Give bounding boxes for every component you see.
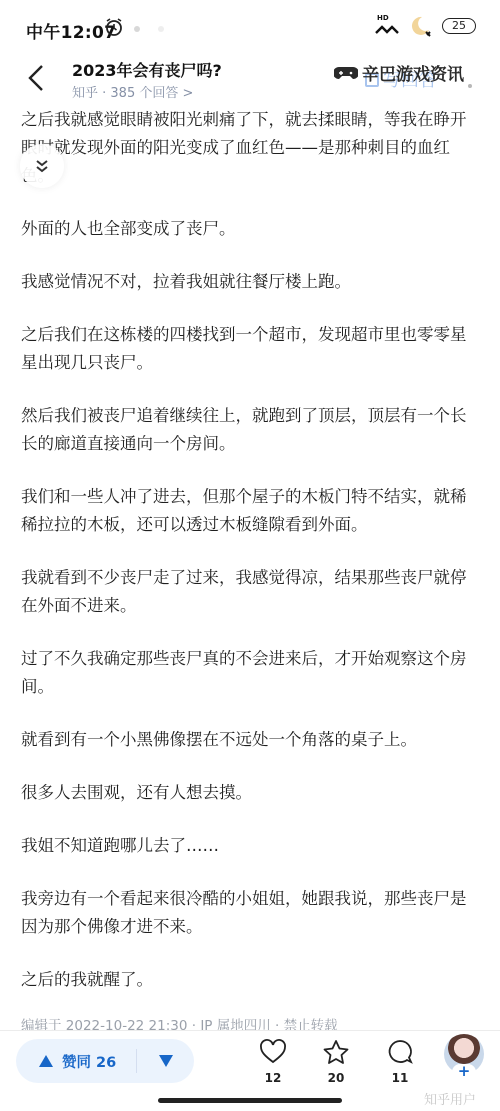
more-options-icon[interactable] (468, 84, 472, 88)
author-avatar-button[interactable]: + (444, 1034, 484, 1090)
notification-dot-icon (158, 26, 164, 32)
gamepad-icon (334, 65, 358, 81)
home-indicator[interactable] (158, 1098, 342, 1103)
answer-paragraph: 外面的人也全部变成了丧尸。 (21, 215, 481, 243)
star-icon (322, 1039, 350, 1065)
collapse-button[interactable] (20, 144, 64, 188)
answer-paragraph: 我就看到不少丧尸走了过来，我感觉得凉，结果那些丧尸就停在外面不进来。 (21, 564, 481, 620)
vote-group: 赞同 26 (16, 1039, 194, 1083)
upvote-triangle-icon (38, 1054, 54, 1068)
comment-count: 11 (382, 1071, 418, 1085)
answer-paragraph: 我们和一些人冲了进去，但那个屋子的木板门特不结实，就稀稀拉拉的木板，还可以透过木… (21, 483, 481, 539)
answer-paragraph: 我姐不知道跑哪儿去了…… (21, 832, 481, 860)
question-header: 2023年会有丧尸吗? 知乎 · 385 个回答 > 写回答 辛巴游戏资讯 (0, 50, 500, 106)
question-title[interactable]: 2023年会有丧尸吗? (72, 58, 222, 81)
answer-count-link[interactable]: 知乎 · 385 个回答 > (72, 82, 193, 101)
battery-indicator: 25 (442, 18, 476, 34)
answer-paragraph: 我旁边有一个看起来很冷酷的小姐姐，她跟我说，那些丧尸是因为那个佛像才进不来。 (21, 885, 481, 941)
author-name-watermark: 知乎用户 (424, 1089, 476, 1108)
answer-paragraph: 之后我们在这栋楼的四楼找到一个超市，发现超市里也零零星星出现几只丧尸。 (21, 321, 481, 377)
follow-plus-icon[interactable]: + (452, 1064, 476, 1080)
favorite-count: 20 (318, 1071, 354, 1085)
answer-paragraph: 过了不久我确定那些丧尸真的不会进来后，才开始观察这个房间。 (21, 645, 481, 701)
answer-paragraph: 然后我们被丧尸追着继续往上，就跑到了顶层，顶层有一个长长的廊道直接通向一个房间。 (21, 402, 481, 458)
answer-paragraph: 之后我就感觉眼睛被阳光刺痛了下，就去揉眼睛，等我在睁开眼时就发现外面的阳光变成了… (21, 106, 481, 190)
comment-bubble-icon (386, 1039, 414, 1065)
answer-paragraph: 之后的我就醒了。 (21, 966, 481, 994)
answer-paragraph: 很多人去围观，还有人想去摸。 (21, 779, 481, 807)
status-time: 中午12:07 (26, 18, 116, 43)
downvote-triangle-icon (158, 1054, 174, 1068)
moon-dnd-icon (410, 15, 432, 37)
like-button[interactable]: 12 (255, 1039, 291, 1085)
status-bar: 中午12:07 HD 25 (0, 0, 500, 50)
notification-dot-icon (134, 26, 140, 32)
favorite-button[interactable]: 20 (318, 1039, 354, 1085)
answer-paragraph: 就看到有一个小黑佛像摆在不远处一个角落的桌子上。 (21, 726, 481, 754)
comment-button[interactable]: 11 (382, 1039, 418, 1085)
double-chevron-down-icon (34, 158, 50, 174)
like-count: 12 (255, 1071, 291, 1085)
back-arrow-icon[interactable] (24, 60, 48, 96)
heart-icon (259, 1039, 287, 1065)
edit-info: 编辑于 2022-10-22 21:30 · IP 属地四川 · 禁止转载 (21, 1014, 338, 1031)
watermark: 辛巴游戏资讯 (334, 60, 464, 85)
upvote-button[interactable]: 赞同 26 (16, 1051, 136, 1072)
answer-paragraph: 我感觉情况不对，拉着我姐就往餐厅楼上跑。 (21, 268, 481, 296)
downvote-button[interactable] (137, 1054, 194, 1068)
answer-content: 之后我就感觉眼睛被阳光刺痛了下，就去揉眼睛，等我在睁开眼时就发现外面的阳光变成了… (21, 106, 481, 1019)
hd-signal-icon: HD (374, 14, 400, 38)
alarm-icon (104, 17, 124, 37)
